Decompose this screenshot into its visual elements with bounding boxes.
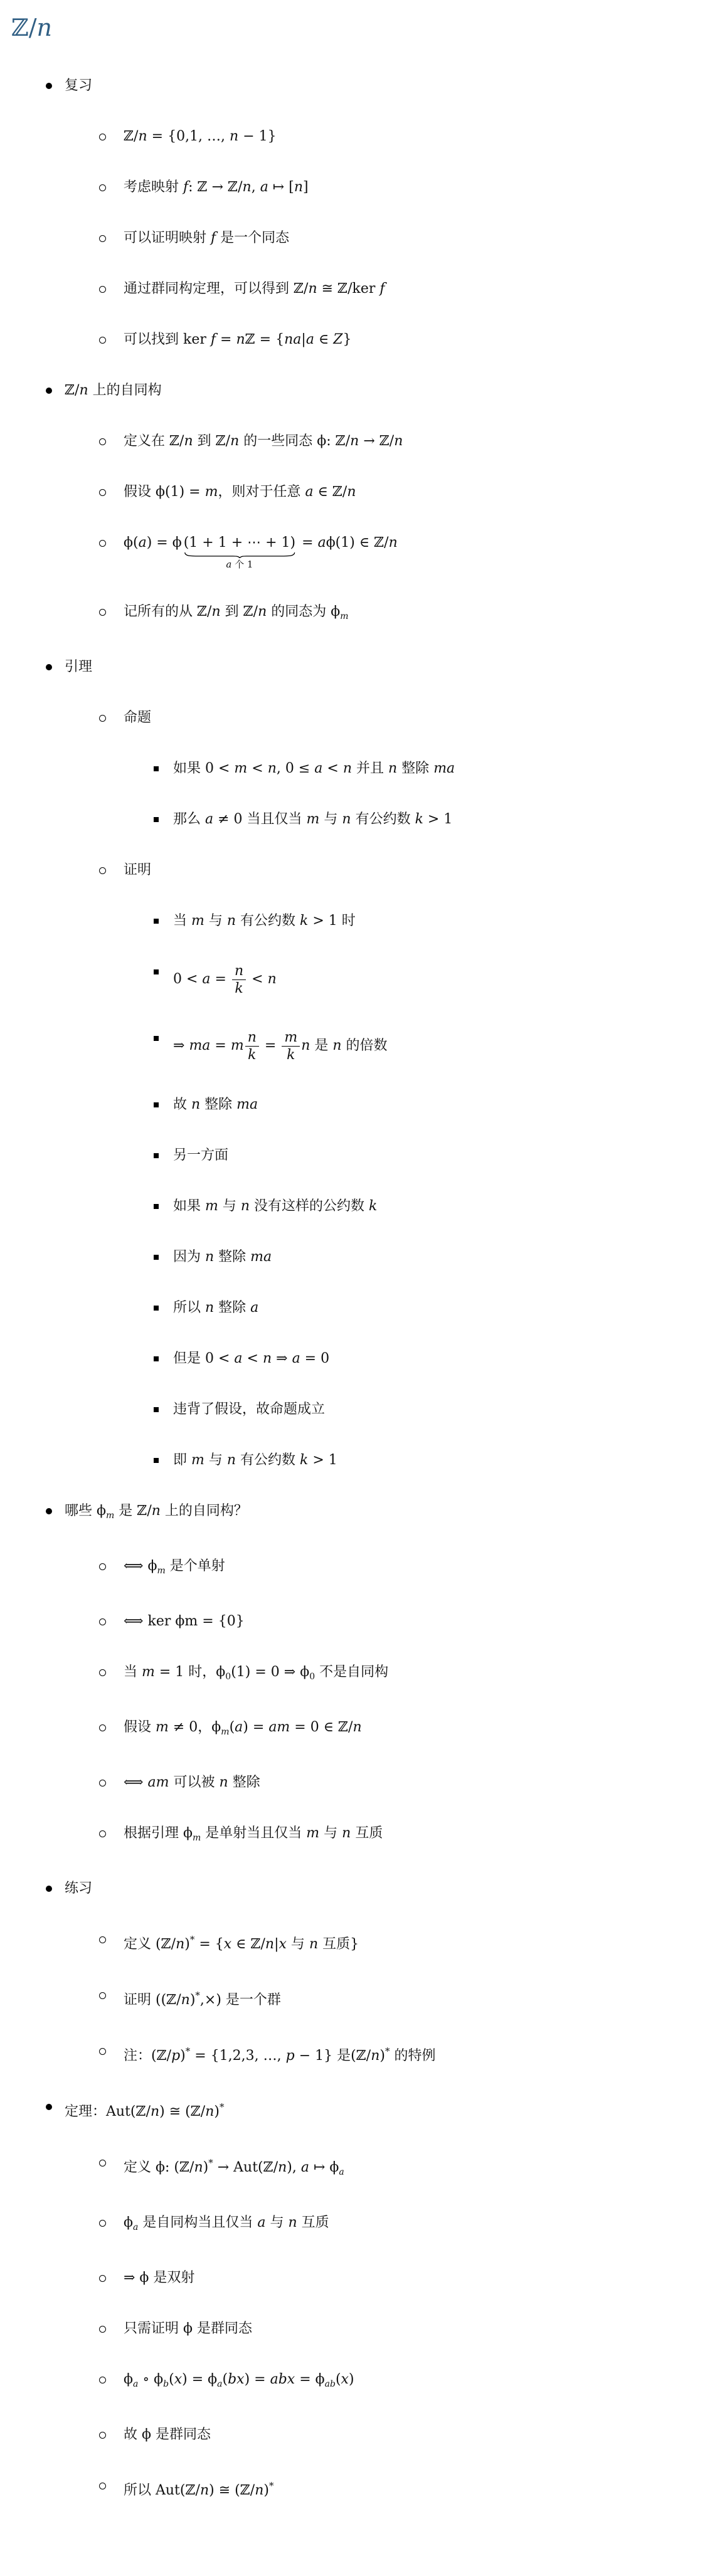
superscript: * (385, 2045, 390, 2057)
note-line: 另一方面 (0, 1146, 692, 1165)
math-variable: bx (228, 2372, 245, 2387)
underbrace-label: a 个 1 (226, 559, 253, 571)
math-variable: k (287, 1047, 295, 1063)
note-line: ⇒ ma = mnk = mkn 是 n 的倍数 (0, 1029, 692, 1064)
math-variable: n (191, 1097, 200, 1112)
math-variable: x (279, 1936, 287, 1952)
note-line-text: 可以找到 ker f = nℤ = {na|a ∈ Z} (124, 332, 352, 347)
math-variable: ab (325, 2379, 336, 2389)
note-line-text: 当 m 与 n 有公约数 k > 1 时 (173, 913, 356, 929)
math-variable: n (194, 2160, 203, 2175)
subscript: m (184, 1613, 198, 1629)
math-variable: n (241, 1198, 250, 1214)
page-title: ℤ/n (11, 14, 692, 43)
math-variable: n (138, 129, 147, 144)
filled-square-bullet-icon (154, 1102, 159, 1107)
math-variable: n (184, 433, 193, 449)
note-line: 定义 ϕ: (ℤ/n)* → Aut(ℤ/n), a ↦ ϕa (0, 2153, 692, 2182)
math-variable: n (288, 2215, 297, 2230)
hollow-circle-bullet-icon (99, 2048, 106, 2055)
filled-circle-bullet-icon (46, 1886, 52, 1892)
math-variable: n (230, 129, 238, 144)
math-variable: n (342, 1825, 351, 1841)
note-line: 如果 m 与 n 没有这样的公约数 k (0, 1197, 692, 1216)
math-variable: n (265, 1936, 274, 1952)
note-line-text: 故 n 整除 ma (173, 1097, 258, 1112)
filled-square-bullet-icon (154, 1204, 159, 1209)
note-line: 证明 ((ℤ/n)*,×) 是一个群 (0, 1986, 692, 2010)
note-line: ⟺ ϕm 是个单射 (0, 1557, 692, 1580)
note-line: 所以 Aut(ℤ/n) ≅ (ℤ/n)* (0, 2476, 692, 2500)
note-line-text: 证明 ((ℤ/n)*,×) 是一个群 (124, 1992, 281, 2008)
note-line-text: ⇒ ϕ 是双射 (124, 2270, 194, 2286)
math-variable: n (248, 1030, 257, 1045)
underbrace-group: (1 + 1 + ⋯ + 1)a 个 1 (184, 534, 295, 571)
math-variable: n (388, 761, 397, 776)
math-variable: am (268, 1719, 290, 1735)
math-variable: k (300, 1452, 308, 1468)
note-line-text: 假设 m ≠ 0，ϕm(a) = am = 0 ∈ ℤ/n (124, 1719, 362, 1735)
note-line-text: 练习 (65, 1881, 92, 1896)
note-line-text: 如果 0 < m < n, 0 ≤ a < n 并且 n 整除 ma (173, 761, 455, 776)
note-line: 因为 n 整除 ma (0, 1248, 692, 1267)
math-operator: Aut (106, 2104, 130, 2119)
math-variable: abx (270, 2372, 295, 2387)
note-line-text: 那么 a ≠ 0 当且仅当 m 与 n 有公约数 k > 1 (173, 811, 452, 827)
math-variable: n (263, 1351, 272, 1366)
math-variable: p (286, 2048, 295, 2064)
math-variable: n (205, 1300, 214, 1316)
subscript: m (340, 611, 348, 621)
math-variable: n (211, 604, 220, 620)
math-variable: m (142, 1664, 155, 1680)
note-line: ϕa ∘ ϕb(x) = ϕa(bx) = abx = ϕab(x) (0, 2370, 692, 2394)
note-line: 假设 m ≠ 0，ϕm(a) = am = 0 ∈ ℤ/n (0, 1718, 692, 1741)
note-line-text: 定义 ϕ: (ℤ/n)* → Aut(ℤ/n), a ↦ ϕa (124, 2160, 344, 2175)
note-line-text: 当 m = 1 时，ϕ0(1) = 0 ⇒ ϕ0 不是自同构 (124, 1664, 388, 1680)
math-variable: n (176, 1936, 184, 1952)
hollow-circle-bullet-icon (99, 134, 106, 140)
math-variable: a (339, 2167, 344, 2177)
subscript: a (339, 2167, 344, 2177)
hollow-circle-bullet-icon (99, 337, 106, 344)
note-line: ℤ/n = {0,1, …, n − 1} (0, 127, 692, 146)
note-line: 记所有的从 ℤ/n 到 ℤ/n 的同态为 ϕm (0, 603, 692, 626)
note-line: 命题 (0, 709, 692, 727)
math-variable: m (205, 484, 218, 500)
note-line: 注：(ℤ/p)* = {1,2,3, …, p − 1} 是(ℤ/n)* 的特例 (0, 2042, 692, 2066)
math-variable: n (79, 383, 88, 398)
fraction: mk (282, 1029, 300, 1064)
hollow-circle-bullet-icon (99, 540, 106, 547)
hollow-circle-bullet-icon (99, 609, 106, 616)
note-line: 可以找到 ker f = nℤ = {na|a ∈ Z} (0, 330, 692, 349)
note-line: 故 ϕ 是群同态 (0, 2426, 692, 2444)
math-variable: m (157, 1566, 166, 1576)
math-variable: ma (250, 1249, 272, 1265)
math-variable: a (217, 2379, 222, 2389)
hollow-circle-bullet-icon (99, 438, 106, 445)
note-line-text: 复习 (65, 78, 92, 93)
hollow-circle-bullet-icon (99, 2275, 106, 2282)
filled-square-bullet-icon (154, 919, 159, 924)
math-variable: m (234, 761, 247, 776)
fraction-denominator: k (282, 1046, 300, 1064)
math-variable: n (181, 1992, 190, 2008)
filled-circle-bullet-icon (46, 1508, 52, 1514)
hollow-circle-bullet-icon (99, 184, 106, 191)
subscript: m (106, 1511, 114, 1521)
math-variable: m (191, 1452, 204, 1468)
subscript: m (157, 1566, 166, 1576)
note-page: ℤ/n 复习ℤ/n = {0,1, …, n − 1}考虑映射 f: ℤ → ℤ… (0, 0, 705, 2576)
note-line-text: 命题 (124, 710, 151, 726)
superscript: * (186, 2045, 191, 2057)
math-variable: n (227, 1452, 236, 1468)
subscript: m (193, 1833, 201, 1843)
superscript: * (190, 1934, 195, 1945)
math-variable: a (202, 971, 210, 987)
math-variable: a (292, 1351, 300, 1366)
note-line: ϕ(a) = ϕ(1 + 1 + ⋯ + 1)a 个 1 = aϕ(1) ∈ ℤ… (0, 534, 692, 571)
filled-square-bullet-icon (154, 1458, 159, 1463)
math-variable: m (284, 1030, 297, 1045)
note-line-text: 因为 n 整除 ma (173, 1249, 272, 1265)
fraction-denominator: k (232, 979, 246, 997)
math-operator: ker (352, 281, 376, 297)
subscript: m (221, 1727, 229, 1737)
math-variable: a (235, 1719, 243, 1735)
note-line: ⟺ ker ϕm = {0} (0, 1612, 692, 1631)
math-variable: am (148, 1775, 169, 1790)
math-variable: n (352, 1719, 361, 1735)
note-line-text: 引理 (65, 659, 92, 675)
note-line: 0 < a = nk < n (0, 963, 692, 997)
filled-square-bullet-icon (154, 766, 159, 771)
note-line-text: ⟺ ϕm 是个单射 (124, 1558, 225, 1574)
note-line-text: 可以证明映射 f 是一个同态 (124, 230, 289, 246)
note-line: 但是 0 < a < n ⇒ a = 0 (0, 1349, 692, 1368)
subscript: ab (325, 2379, 336, 2389)
math-variable: a (205, 811, 213, 827)
filled-square-bullet-icon (154, 817, 159, 822)
math-variable: n (227, 913, 236, 929)
note-line: 当 m 与 n 有公约数 k > 1 时 (0, 912, 692, 931)
note-line-text: 违背了假设，故命题成立 (173, 1401, 325, 1417)
note-line: 定义 (ℤ/n)* = {x ∈ ℤ/n|x 与 n 互质} (0, 1930, 692, 1954)
math-variable: n (152, 1503, 161, 1519)
note-line: 哪些 ϕm 是 ℤ/n 上的自同构？ (0, 1502, 692, 1525)
math-variable: n (371, 2048, 379, 2064)
math-variable: n (151, 2104, 159, 2119)
subscript: a (217, 2379, 222, 2389)
math-variable: n (332, 1038, 341, 1053)
note-line: 假设 ϕ(1) = m，则对于任意 a ∈ ℤ/n (0, 483, 692, 502)
hollow-circle-bullet-icon (99, 867, 106, 874)
fraction-numerator: n (232, 963, 246, 979)
math-variable: n (294, 179, 303, 195)
underbrace-icon (184, 552, 295, 558)
note-line-text: 哪些 ϕm 是 ℤ/n 上的自同构？ (65, 1503, 248, 1519)
math-variable: f (183, 179, 188, 195)
math-variable: a (260, 179, 268, 195)
math-variable: a (139, 535, 147, 551)
math-operator: Aut (233, 2160, 258, 2175)
fraction-numerator: n (245, 1029, 259, 1046)
hollow-circle-bullet-icon (99, 2377, 106, 2383)
hollow-circle-bullet-icon (99, 1830, 106, 1837)
note-line: ϕa 是自同构当且仅当 a 与 n 互质 (0, 2214, 692, 2237)
note-line: 所以 n 整除 a (0, 1299, 692, 1317)
superscript: * (269, 2480, 274, 2491)
note-line: 当 m = 1 时，ϕ0(1) = 0 ⇒ ϕ0 不是自同构 (0, 1663, 692, 1686)
note-line-text: 但是 0 < a < n ⇒ a = 0 (173, 1351, 329, 1366)
superscript: * (208, 2157, 213, 2168)
math-variable: a (257, 2215, 265, 2230)
math-variable: a (133, 2379, 138, 2389)
hollow-circle-bullet-icon (99, 1669, 106, 1676)
underbrace-expression: (1 + 1 + ⋯ + 1) (184, 534, 295, 552)
filled-circle-bullet-icon (46, 83, 52, 89)
math-variable: m (307, 811, 320, 827)
math-variable: na (284, 332, 301, 347)
note-line-text: 记所有的从 ℤ/n 到 ℤ/n 的同态为 ϕm (124, 604, 349, 620)
math-variable: a (314, 761, 322, 776)
math-variable: n (343, 761, 352, 776)
note-line: 即 m 与 n 有公约数 k > 1 (0, 1451, 692, 1470)
filled-square-bullet-icon (154, 1356, 159, 1361)
note-line-text: 证明 (124, 862, 151, 878)
superscript: * (195, 1990, 200, 2001)
math-variable: n (350, 433, 359, 449)
math-variable: f (211, 230, 216, 246)
note-line-text: ⟺ ker ϕm = {0} (124, 1613, 245, 1629)
fraction: nk (232, 963, 246, 997)
hollow-circle-bullet-icon (99, 715, 106, 722)
hollow-circle-bullet-icon (99, 1780, 106, 1787)
note-line-text: 所以 Aut(ℤ/n) ≅ (ℤ/n)* (124, 2483, 273, 2498)
note-line: 如果 0 < m < n, 0 ≤ a < n 并且 n 整除 ma (0, 759, 692, 778)
note-line-text: ⇒ ma = mnk = mkn 是 n 的倍数 (173, 1038, 388, 1053)
note-line-text: ϕ(a) = ϕ(1 + 1 + ⋯ + 1)a 个 1 = aϕ(1) ∈ ℤ… (124, 535, 398, 551)
note-line-text: 所以 n 整除 a (173, 1300, 258, 1316)
note-line-text: 定理：Aut(ℤ/n) ≅ (ℤ/n)* (65, 2104, 224, 2119)
math-variable: n (220, 1775, 228, 1790)
filled-square-bullet-icon (154, 1407, 159, 1412)
hollow-circle-bullet-icon (99, 2220, 106, 2227)
hollow-circle-bullet-icon (99, 235, 106, 242)
math-variable: n (258, 604, 267, 620)
note-line: 复习 (0, 77, 692, 95)
superscript: * (220, 2101, 225, 2113)
math-variable: m (191, 913, 204, 929)
math-operator: Aut (156, 2483, 180, 2498)
note-line-text: ℤ/n 上的自同构 (65, 383, 162, 398)
note-line-text: 根据引理 ϕm 是单射当且仅当 m 与 n 互质 (124, 1825, 383, 1841)
math-variable: x (224, 1936, 231, 1952)
math-operator: ker (183, 332, 206, 347)
math-variable: a (318, 535, 326, 551)
note-line: 考虑映射 f: ℤ → ℤ/n, a ↦ [n] (0, 178, 692, 197)
math-variable: m (156, 1719, 169, 1735)
note-line-text: ⟺ am 可以被 n 整除 (124, 1775, 260, 1790)
math-variable: a (234, 1351, 242, 1366)
note-line: 只需证明 ϕ 是群同态 (0, 2320, 692, 2338)
note-line-text: ϕa ∘ ϕb(x) = ϕa(bx) = abx = ϕab(x) (124, 2372, 354, 2387)
math-variable: n (268, 761, 277, 776)
note-line: ⟺ am 可以被 n 整除 (0, 1773, 692, 1792)
math-variable: k (235, 981, 243, 996)
note-line: 证明 (0, 861, 692, 880)
note-line: 定理：Aut(ℤ/n) ≅ (ℤ/n)* (0, 2098, 692, 2121)
math-variable: p (171, 2048, 180, 2064)
note-line-text: 故 ϕ 是群同态 (124, 2427, 211, 2442)
hollow-circle-bullet-icon (99, 1936, 106, 1943)
note-line-text: 考虑映射 f: ℤ → ℤ/n, a ↦ [n] (124, 179, 309, 195)
note-line: 可以证明映射 f 是一个同态 (0, 229, 692, 248)
filled-circle-bullet-icon (46, 2104, 52, 2110)
math-variable: n (230, 433, 239, 449)
hollow-circle-bullet-icon (99, 489, 106, 496)
note-line-text: ϕa 是自同构当且仅当 a 与 n 互质 (124, 2215, 329, 2230)
math-variable: a (250, 1300, 258, 1316)
note-line-text: 如果 m 与 n 没有这样的公约数 k (173, 1198, 377, 1214)
math-variable: f (211, 332, 216, 347)
math-variable: m (205, 1198, 218, 1214)
subscript: 0 (309, 1672, 315, 1682)
math-variable: ma (189, 1038, 210, 1053)
filled-square-bullet-icon (154, 1036, 159, 1041)
math-variable: x (174, 2372, 182, 2387)
math-variable: ma (433, 761, 455, 776)
math-variable: n (243, 179, 252, 195)
note-line-text: 定义 (ℤ/n)* = {x ∈ ℤ/n|x 与 n 互质} (124, 1936, 359, 1952)
note-line-text: 只需证明 ϕ 是群同态 (124, 2321, 252, 2336)
math-variable: a (133, 2222, 138, 2232)
note-line: 违背了假设，故命题成立 (0, 1400, 692, 1419)
subscript: b (163, 2379, 169, 2389)
math-variable: b (163, 2379, 169, 2389)
math-variable: n (255, 2483, 263, 2498)
math-variable: k (248, 1047, 256, 1063)
hollow-circle-bullet-icon (99, 2326, 106, 2333)
hollow-circle-bullet-icon (99, 2483, 106, 2489)
math-variable: n (301, 1038, 310, 1053)
note-line-text: 注：(ℤ/p)* = {1,2,3, …, p − 1} 是(ℤ/n)* 的特例 (124, 2048, 435, 2064)
math-variable: m (306, 1825, 319, 1841)
math-variable: a (301, 2160, 309, 2175)
hollow-circle-bullet-icon (99, 1724, 106, 1731)
math-variable: x (341, 2372, 349, 2387)
math-variable: n (394, 433, 403, 449)
filled-circle-bullet-icon (46, 388, 52, 394)
math-variable: a (226, 559, 231, 570)
note-line: 引理 (0, 658, 692, 677)
math-variable: m (221, 1727, 229, 1737)
math-variable: n (205, 1249, 214, 1265)
math-operator: ker (148, 1613, 171, 1629)
math-variable: n (236, 332, 245, 347)
filled-square-bullet-icon (154, 1255, 159, 1260)
math-variable: n (347, 484, 356, 500)
math-variable: k (300, 913, 308, 929)
note-line: 练习 (0, 1879, 692, 1898)
math-variable: n (342, 811, 351, 827)
hollow-circle-bullet-icon (99, 286, 106, 293)
subscript: 0 (225, 1672, 231, 1682)
math-variable: n (235, 963, 243, 979)
note-line-text: 假设 ϕ(1) = m，则对于任意 a ∈ ℤ/n (124, 484, 356, 500)
note-line: ℤ/n 上的自同构 (0, 381, 692, 400)
math-variable: n (389, 535, 398, 551)
filled-circle-bullet-icon (46, 664, 52, 670)
math-variable: ma (236, 1097, 258, 1112)
note-line: 根据引理 ϕm 是单射当且仅当 m 与 n 互质 (0, 1824, 692, 1847)
note-line-text: 0 < a = nk < n (173, 971, 277, 987)
note-line: 故 n 整除 ma (0, 1095, 692, 1114)
math-variable: Z (333, 332, 342, 347)
math-variable: m (340, 611, 348, 621)
filled-square-bullet-icon (154, 969, 159, 974)
fraction: nk (245, 1029, 259, 1064)
math-variable: a (306, 332, 314, 347)
fraction-denominator: k (245, 1046, 259, 1064)
note-line-text: ℤ/n = {0,1, …, n − 1} (124, 129, 277, 144)
hollow-circle-bullet-icon (99, 1563, 106, 1570)
note-line-text: 即 m 与 n 有公约数 k > 1 (173, 1452, 337, 1468)
fraction-numerator: m (282, 1029, 300, 1046)
subscript: a (133, 2379, 138, 2389)
hollow-circle-bullet-icon (99, 2160, 106, 2167)
note-line: 那么 a ≠ 0 当且仅当 m 与 n 有公约数 k > 1 (0, 810, 692, 829)
note-line: 通过群同构定理，可以得到 ℤ/n ≅ ℤ/ker f (0, 280, 692, 298)
filled-square-bullet-icon (154, 1306, 159, 1311)
hollow-circle-bullet-icon (99, 1618, 106, 1625)
math-variable: f (379, 281, 384, 297)
math-variable: n (37, 14, 52, 41)
note-outline: 复习ℤ/n = {0,1, …, n − 1}考虑映射 f: ℤ → ℤ/n, … (0, 77, 692, 2500)
math-variable: n (268, 971, 277, 987)
math-variable: n (308, 281, 317, 297)
note-line-text: 另一方面 (173, 1148, 228, 1163)
math-variable: n (200, 2483, 209, 2498)
note-line-text: 通过群同构定理，可以得到 ℤ/n ≅ ℤ/ker f (124, 281, 385, 297)
math-variable: n (205, 2104, 214, 2119)
math-variable: a (305, 484, 313, 500)
note-line: 定义在 ℤ/n 到 ℤ/n 的一些同态 ϕ: ℤ/n → ℤ/n (0, 432, 692, 451)
math-variable: n (278, 2160, 287, 2175)
math-variable: m (106, 1511, 114, 1521)
subscript: a (133, 2222, 138, 2232)
hollow-circle-bullet-icon (99, 2432, 106, 2439)
math-variable: m (193, 1833, 201, 1843)
math-variable: m (231, 1038, 244, 1053)
math-variable: k (415, 811, 423, 827)
hollow-circle-bullet-icon (99, 1992, 106, 1999)
note-line-text: 定义在 ℤ/n 到 ℤ/n 的一些同态 ϕ: ℤ/n → ℤ/n (124, 433, 403, 449)
filled-square-bullet-icon (154, 1153, 159, 1158)
math-variable: n (309, 1936, 318, 1952)
note-line: ⇒ ϕ 是双射 (0, 2269, 692, 2288)
math-variable: k (369, 1198, 377, 1214)
